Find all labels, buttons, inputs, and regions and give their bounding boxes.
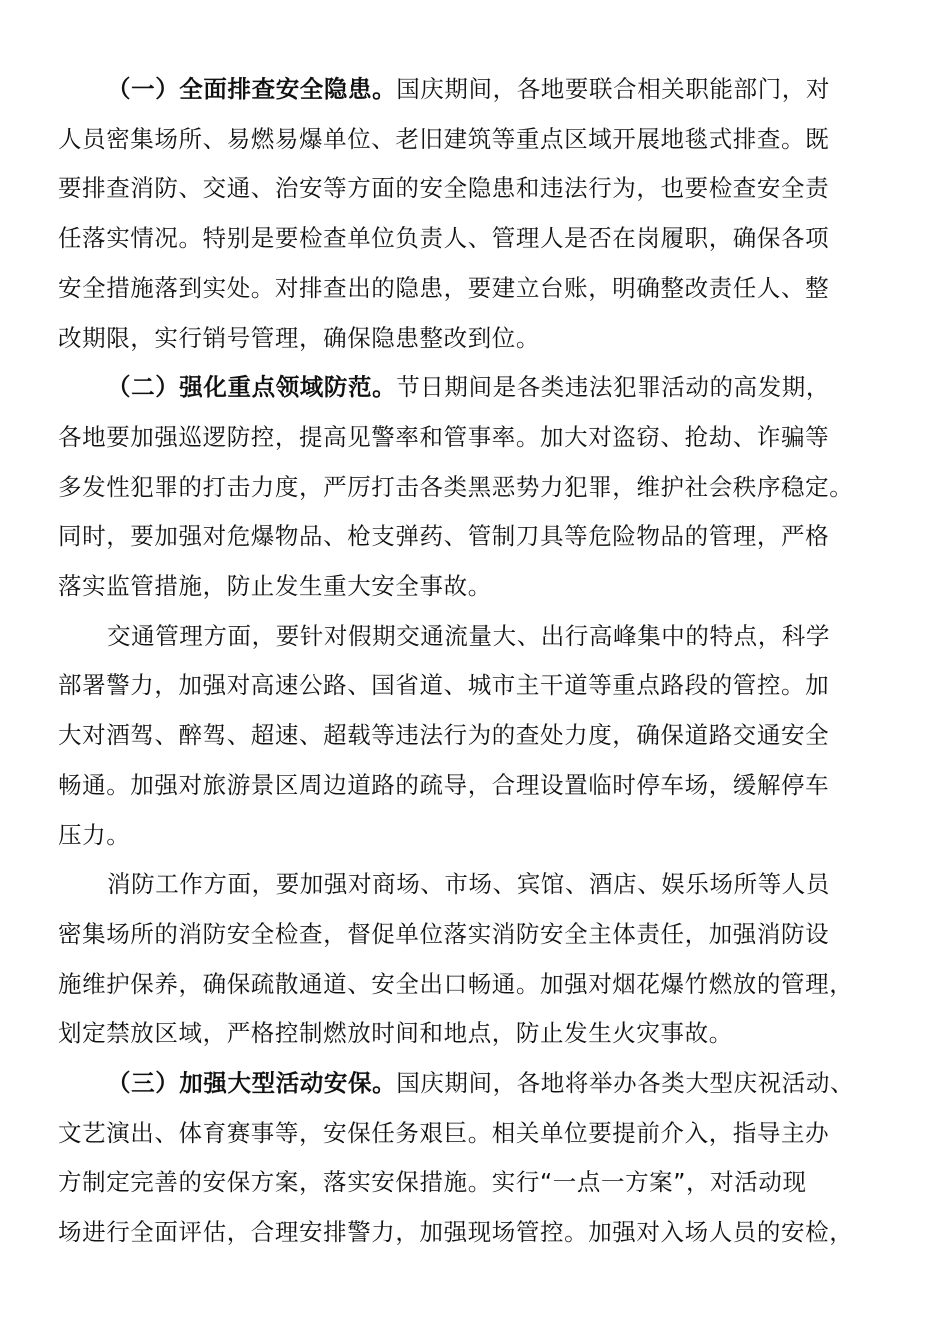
text-line: 任落实情况。特别是要检查单位负责人、管理人是否在岗履职，确保各项 [58,214,898,264]
text-line: （一）全面排查安全隐患。国庆期间，各地要联合相关职能部门，对 [58,65,898,115]
section-heading: （一）全面排查安全隐患。 [107,75,396,103]
text-line: 方制定完善的安保方案，落实安保措施。实行“一点一方案”，对活动现 [58,1158,898,1208]
text-line: 畅通。加强对旅游景区周边道路的疏导，合理设置临时停车场，缓解停车 [58,761,898,811]
text-line: 压力。 [58,811,898,861]
text-line: 改期限，实行销号管理，确保隐患整改到位。 [58,314,898,364]
text-line: 各地要加强巡逻防控，提高见警率和管事率。加大对盗窃、抢劫、诈骗等 [58,413,898,463]
text-line: 划定禁放区域，严格控制燃放时间和地点，防止发生火灾事故。 [58,1009,898,1059]
text-line: 密集场所的消防安全检查，督促单位落实消防安全主体责任，加强消防设 [58,910,898,960]
text-line: 场进行全面评估，合理安排警力，加强现场管控。加强对入场人员的安检， [58,1208,898,1258]
text-line: （三）加强大型活动安保。国庆期间，各地将举办各类大型庆祝活动、 [58,1059,898,1109]
text-line: 落实监管措施，防止发生重大安全事故。 [58,562,898,612]
text-line: 大对酒驾、醉驾、超速、超载等违法行为的查处力度，确保道路交通安全 [58,711,898,761]
text-line: 要排查消防、交通、治安等方面的安全隐患和违法行为，也要检查安全责 [58,164,898,214]
text-line: 消防工作方面，要加强对商场、市场、宾馆、酒店、娱乐场所等人员 [58,860,898,910]
text-line: 施维护保养，确保疏散通道、安全出口畅通。加强对烟花爆竹燃放的管理， [58,960,898,1010]
text-line: 多发性犯罪的打击力度，严厉打击各类黑恶势力犯罪，维护社会秩序稳定。 [58,463,898,513]
text-line: 安全措施落到实处。对排查出的隐患，要建立台账，明确整改责任人、整 [58,264,898,314]
section-heading: （二）强化重点领域防范。 [107,373,396,401]
text-line: 文艺演出、体育赛事等，安保任务艰巨。相关单位要提前介入，指导主办 [58,1109,898,1159]
text-line: （二）强化重点领域防范。节日期间是各类违法犯罪活动的高发期， [58,363,898,413]
paragraph-fire-safety: 消防工作方面，要加强对商场、市场、宾馆、酒店、娱乐场所等人员 密集场所的消防安全… [58,860,898,1059]
document-page: （一）全面排查安全隐患。国庆期间，各地要联合相关职能部门，对 人员密集场所、易燃… [58,65,898,1258]
text-line: 部署警力，加强对高速公路、国省道、城市主干道等重点路段的管控。加 [58,661,898,711]
paragraph-event-security: （三）加强大型活动安保。国庆期间，各地将举办各类大型庆祝活动、 文艺演出、体育赛… [58,1059,898,1258]
paragraph-key-area-prevention: （二）强化重点领域防范。节日期间是各类违法犯罪活动的高发期， 各地要加强巡逻防控… [58,363,898,612]
text-line: 人员密集场所、易燃易爆单位、老旧建筑等重点区域开展地毯式排查。既 [58,115,898,165]
section-heading: （三）加强大型活动安保。 [107,1069,396,1097]
paragraph-hazard-inspection: （一）全面排查安全隐患。国庆期间，各地要联合相关职能部门，对 人员密集场所、易燃… [58,65,898,363]
text-line: 同时，要加强对危爆物品、枪支弹药、管制刀具等危险物品的管理，严格 [58,512,898,562]
text-line: 交通管理方面，要针对假期交通流量大、出行高峰集中的特点，科学 [58,612,898,662]
paragraph-traffic-management: 交通管理方面，要针对假期交通流量大、出行高峰集中的特点，科学 部署警力，加强对高… [58,612,898,861]
